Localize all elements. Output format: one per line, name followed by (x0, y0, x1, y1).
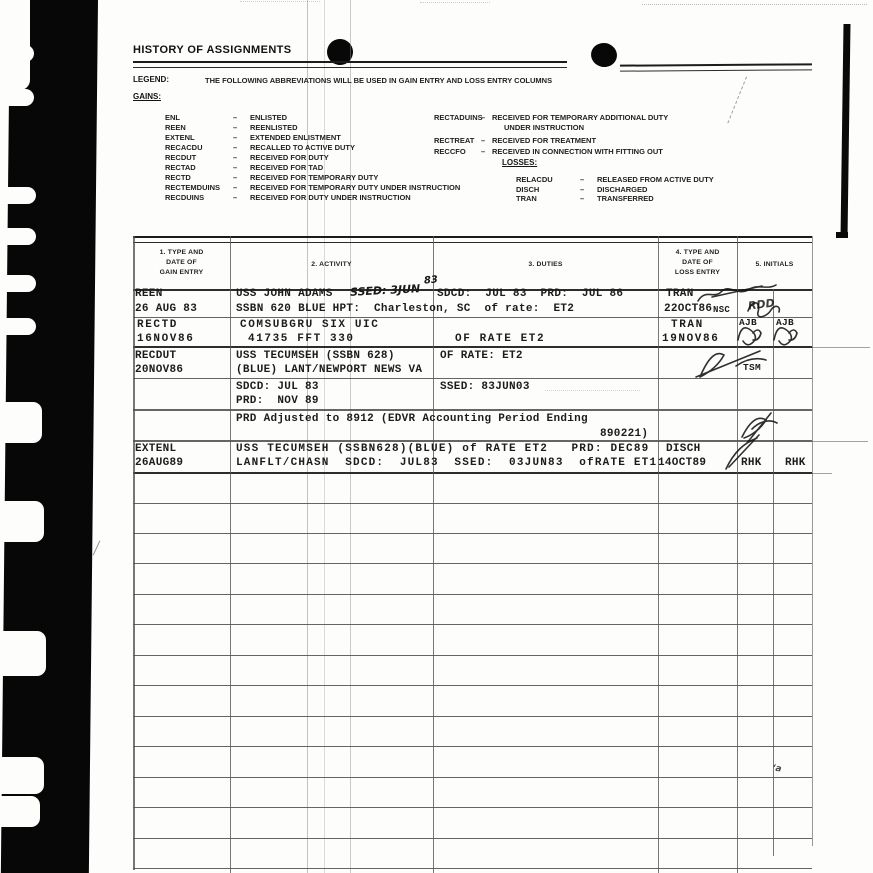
legend-dash: – (580, 175, 584, 184)
scan-speckle (420, 2, 490, 3)
entry-gain-date: 26 AUG 83 (135, 303, 197, 315)
binder-notch (0, 318, 36, 335)
legend-dash: – (233, 163, 237, 172)
table-row-line (133, 378, 812, 379)
col-header-loss-entry: DATE OF (658, 259, 737, 266)
legend-dash: – (481, 147, 485, 156)
table-row-line (133, 472, 812, 474)
table-col-line (230, 236, 231, 873)
entry-gain-date: 20NOV86 (135, 364, 183, 376)
legend-dash: – (233, 123, 237, 132)
binder-notch (0, 501, 44, 542)
entry-duties: SDCD: JUL 83 PRD: JUL 86 (437, 288, 623, 300)
legend-abbr: RECDUINS (165, 193, 204, 202)
scanned-history-of-assignments-page: HISTORY OF ASSIGNMENTS LEGEND: THE FOLLO… (0, 0, 873, 873)
legend-dash: – (481, 136, 485, 145)
legend-abbr: RECTD (165, 173, 191, 182)
legend-abbr: RELACDU (516, 175, 553, 184)
table-col-line (433, 236, 434, 873)
table-row-line (133, 868, 812, 869)
table-row-line (133, 746, 812, 747)
entry-loss-type: TRAN (671, 319, 704, 331)
col-header-activity: 2. ACTIVITY (230, 261, 433, 268)
table-row-line (133, 594, 812, 595)
table-row-line (133, 533, 812, 534)
col-header-gain-entry: DATE OF (133, 259, 230, 266)
legend-dash: – (233, 133, 237, 142)
legend-dash: – (233, 143, 237, 152)
handwritten-initials: RDD (747, 296, 775, 312)
handwritten-signature (742, 413, 777, 443)
table-border-right (812, 236, 813, 846)
scan-speckle (240, 1, 320, 2)
entry-duties: OF RATE: ET2 (440, 350, 523, 362)
title-rule (620, 63, 812, 71)
pencil-mark (93, 541, 101, 556)
entry-activity: LANFLT/CHASN SDCD: JUL83 SSED: 03JUN83 o… (236, 457, 657, 469)
entry-initials: RHK (785, 457, 806, 469)
table-border-left (133, 236, 135, 870)
entry-activity: SSBN 620 BLUE HPT: Charleston, SC of rat… (236, 303, 574, 315)
hole-punch-mark (589, 41, 619, 69)
col-header-loss-entry: LOSS ENTRY (658, 269, 737, 276)
entry-loss-date: 22OCT86 (664, 303, 712, 315)
entry-loss-type: DISCH (666, 443, 701, 455)
scan-fold-line (350, 0, 351, 873)
page-title: HISTORY OF ASSIGNMENTS (133, 44, 292, 56)
binder-notch (0, 402, 42, 443)
scan-fold-line (324, 0, 325, 873)
legend-dash: – (233, 183, 237, 192)
legend-dash: – (233, 113, 237, 122)
entry-initials: AJB (776, 317, 794, 328)
legend-desc: RECEIVED FOR TEMPORARY DUTY (250, 173, 378, 182)
scan-speckle (545, 390, 640, 391)
handwritten-ssed-note: SSED: 3JUN (350, 282, 421, 299)
legend-abbr: DISCH (516, 185, 539, 194)
legend-description: THE FOLLOWING ABBREVIATIONS WILL BE USED… (205, 76, 552, 85)
entry-initials: AJB (739, 317, 757, 328)
handwritten-corner-mark: ʻa (771, 763, 782, 774)
title-rule (133, 61, 567, 68)
legend-desc: DISCHARGED (597, 185, 647, 194)
binder-notch (0, 631, 46, 676)
legend-abbr: ENL (165, 113, 180, 122)
table-row-line (133, 503, 812, 504)
entry-activity: USS TECUMSEH (SSBN 628) (236, 350, 395, 362)
legend-desc: RECEIVED FOR TAD (250, 163, 323, 172)
entry-gain-date: 16NOV86 (137, 333, 194, 345)
entry-gain-date: 26AUG89 (135, 457, 183, 469)
legend-abbr: RECACDU (165, 143, 203, 152)
entry-activity: SDCD: JUL 83 (236, 381, 319, 393)
entry-loss-date: 14OCT89 (658, 457, 706, 469)
entry-duties: SSED: 83JUN03 (440, 381, 530, 393)
legend-dash: – (233, 193, 237, 202)
losses-label: LOSSES: (502, 158, 537, 167)
entry-activity: PRD: NOV 89 (236, 395, 319, 407)
table-line-ext (812, 347, 870, 348)
scan-speckle (642, 4, 867, 5)
legend-desc: EXTENDED ENLISTMENT (250, 133, 341, 142)
legend-abbr: TRAN (516, 194, 537, 203)
binder-notch (0, 89, 34, 106)
legend-desc: RECALLED TO ACTIVE DUTY (250, 143, 355, 152)
legend-desc: RELEASED FROM ACTIVE DUTY (597, 175, 714, 184)
legend-desc: RECEIVED FOR TREATMENT (492, 136, 596, 145)
legend-abbr: RECTAD (165, 163, 196, 172)
binder-notch (0, 45, 34, 62)
table-row-line (133, 409, 812, 411)
pencil-mark (727, 77, 747, 124)
legend-desc: RECEIVED IN CONNECTION WITH FITTING OUT (492, 147, 663, 156)
table-row-line (133, 317, 812, 318)
col-header-loss-entry: 4. TYPE AND (658, 249, 737, 256)
entry-activity: COMSUBGRU SIX UIC (240, 319, 379, 331)
legend-desc: ENLISTED (250, 113, 287, 122)
scan-fold-line (307, 0, 308, 873)
scan-edge-artifact (841, 24, 851, 238)
entry-initials-stamp: TSM (743, 362, 761, 373)
binder-notch (0, 757, 44, 794)
table-col-line (737, 236, 738, 873)
entry-loss-type: TRAN (666, 288, 694, 300)
entry-note: 890221) (600, 428, 648, 440)
legend-abbr: REEN (165, 123, 186, 132)
table-line-ext (812, 473, 832, 474)
table-col-line (658, 236, 659, 873)
table-row-line (133, 440, 812, 442)
legend-dash: – (580, 194, 584, 203)
legend-abbr: RECTADUINS (434, 113, 483, 122)
legend-dash: – (580, 185, 584, 194)
table-row-line (133, 655, 812, 656)
binder-notch (0, 187, 36, 204)
legend-dash: – (481, 113, 485, 122)
col-header-gain-entry: GAIN ENTRY (133, 269, 230, 276)
entry-gain-type: RECDUT (135, 350, 176, 362)
handwritten-signature (738, 328, 797, 345)
entry-loss-date: 19NOV86 (662, 333, 719, 345)
table-row-line (133, 838, 812, 839)
legend-desc: RECEIVED FOR TEMPORARY DUTY UNDER INSTRU… (250, 183, 460, 192)
entry-activity: USS JOHN ADAMS (236, 288, 333, 300)
table-row-line (133, 563, 812, 564)
entry-gain-type: RECTD (137, 319, 178, 331)
legend-label: LEGEND: (133, 75, 169, 84)
legend-desc: REENLISTED (250, 123, 298, 132)
table-top-rule (133, 236, 812, 243)
table-row-line (133, 685, 812, 686)
binder-notch (0, 275, 36, 292)
legend-dash: – (233, 173, 237, 182)
entry-initials: RHK (741, 457, 762, 469)
legend-abbr: RECTEMDUINS (165, 183, 220, 192)
legend-abbr: RECTREAT (434, 136, 474, 145)
gains-label: GAINS: (133, 92, 161, 101)
table-row-line (133, 624, 812, 625)
scan-edge-artifact (836, 232, 848, 238)
handwritten-year-note: 83 (424, 274, 439, 286)
table-row-line (133, 716, 812, 717)
entry-activity: (BLUE) LANT/NEWPORT NEWS VA (236, 364, 422, 376)
legend-desc: RECEIVED FOR TEMPORARY ADDITIONAL DUTY (492, 113, 668, 122)
binder-notch (0, 796, 40, 827)
signature-overlay (0, 0, 873, 873)
entry-gain-type: EXTENL (135, 443, 176, 455)
table-line-ext (812, 441, 868, 442)
legend-desc: RECEIVED FOR DUTY UNDER INSTRUCTION (250, 193, 411, 202)
table-row-line (133, 777, 812, 778)
legend-dash: – (233, 153, 237, 162)
table-row-line (133, 346, 812, 348)
col-header-initials: 5. INITIALS (737, 261, 812, 268)
legend-abbr: EXTENL (165, 133, 195, 142)
legend-desc-cont: UNDER INSTRUCTION (504, 123, 584, 132)
entry-gain-type: REEN (135, 288, 163, 300)
legend-desc: RECEIVED FOR DUTY (250, 153, 329, 162)
entry-activity: USS TECUMSEH (SSBN628)(BLUE) of RATE ET2… (236, 443, 649, 455)
legend-abbr: RECCFO (434, 147, 466, 156)
col-header-duties: 3. DUTIES (433, 261, 658, 268)
legend-desc: TRANSFERRED (597, 194, 654, 203)
table-row-line (133, 807, 812, 808)
entry-note: PRD Adjusted to 8912 (EDVR Accounting Pe… (236, 413, 588, 425)
col-header-gain-entry: 1. TYPE AND (133, 249, 230, 256)
legend-abbr: RECDUT (165, 153, 196, 162)
entry-activity: 41735 FFT 330 (248, 333, 355, 345)
entry-duties: OF RATE ET2 (455, 333, 545, 345)
binder-notch (0, 228, 36, 245)
entry-loss-stamp: NSC (713, 305, 730, 315)
